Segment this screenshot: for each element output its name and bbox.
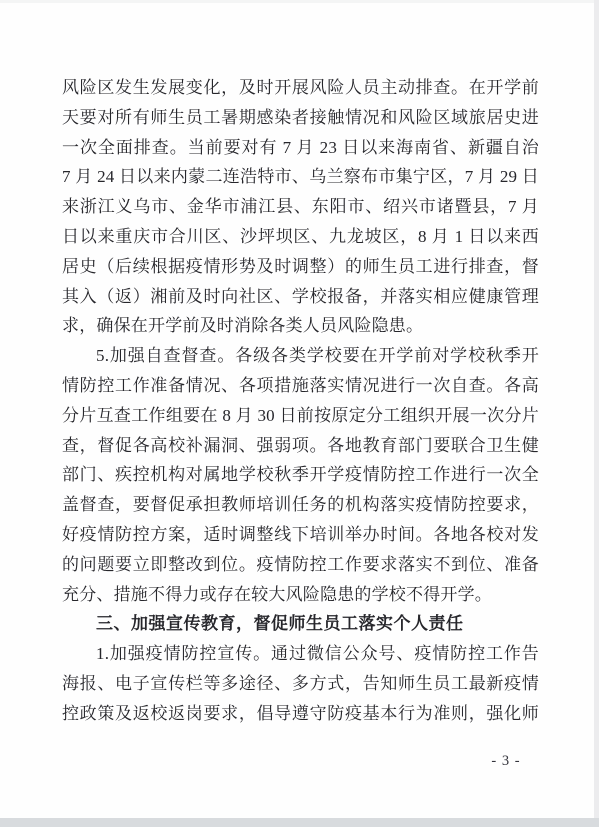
text-line: 盖督查，要督促承担教师培训任务的机构落实疫情防控要求，做 [62, 490, 539, 520]
text-line: 7 月 24 日以来内蒙二连浩特市、乌兰察布市集宁区，7 月 29 日以 [62, 162, 539, 192]
text-line: 控政策及返校返岗要求，倡导遵守防疫基本行为准则，强化师生 [62, 699, 539, 729]
scan-edge-bottom [0, 818, 599, 827]
page-number: - 3 - [471, 753, 541, 770]
text-line paragraph-start: 1.加强疫情防控宣传。通过微信公众号、疫情防控工作告知书、 [62, 639, 539, 669]
text-line: 情防控工作准备情况、各项措施落实情况进行一次自查。各高校 [62, 371, 539, 401]
text-line: 日以来重庆市合川区、沙坪坝区、九龙坡区，8 月 1 日以来西藏旅 [62, 222, 539, 252]
document-page: 风险区发生发展变化，及时开展风险人员主动排查。在开学前 10 天要对所有师生员工… [0, 0, 594, 818]
document-body: 风险区发生发展变化，及时开展风险人员主动排查。在开学前 10 天要对所有师生员工… [62, 73, 539, 729]
text-line: 查，督促各高校补漏洞、强弱项。各地教育部门要联合卫生健康 [62, 431, 539, 461]
text-line: 居史（后续根据疫情形势及时调整）的师生员工进行排查，督促 [62, 252, 539, 282]
text-line: 天要对所有师生员工暑期感染者接触情况和风险区域旅居史进行 [62, 103, 539, 133]
text-line: 的问题要立即整改到位。疫情防控工作要求落实不到位、准备不 [62, 550, 539, 580]
text-line: 来浙江义乌市、金华市浦江县、东阳市、绍兴市诸暨县，7 月 31 [62, 192, 539, 222]
text-line: 部门、疾控机构对属地学校秋季开学疫情防控工作进行一次全覆 [62, 460, 539, 490]
text-line paragraph-start: 5.加强自查督查。各级各类学校要在开学前对学校秋季开学疫 [62, 341, 539, 371]
text-line: 好疫情防控方案，适时调整线下培训举办时间。各地各校对发现 [62, 520, 539, 550]
text-line: 分片互查工作组要在 8 月 30 日前按原定分工组织开展一次分片互 [62, 401, 539, 431]
text-line paragraph-end: 求，确保在开学前及时消除各类人员风险隐患。 [62, 311, 539, 341]
text-line: 一次全面排查。当前要对有 7 月 23 日以来海南省、新疆自治区， [62, 133, 539, 163]
scan-edge-right [594, 0, 599, 818]
text-line: 风险区发生发展变化，及时开展风险人员主动排查。在开学前 10 [62, 73, 539, 103]
section-heading: 三、加强宣传教育，督促师生员工落实个人责任 [62, 609, 539, 639]
text-line: 海报、电子宣传栏等多途径、多方式，告知师生员工最新疫情防 [62, 669, 539, 699]
page-background: { "doc": { "lines": [ "风险区发生发展变化，及时开展风险人… [0, 0, 599, 827]
text-line paragraph-end: 充分、措施不得力或存在较大风险隐患的学校不得开学。 [62, 580, 539, 610]
text-line: 其入（返）湘前及时向社区、学校报备，并落实相应健康管理要 [62, 282, 539, 312]
